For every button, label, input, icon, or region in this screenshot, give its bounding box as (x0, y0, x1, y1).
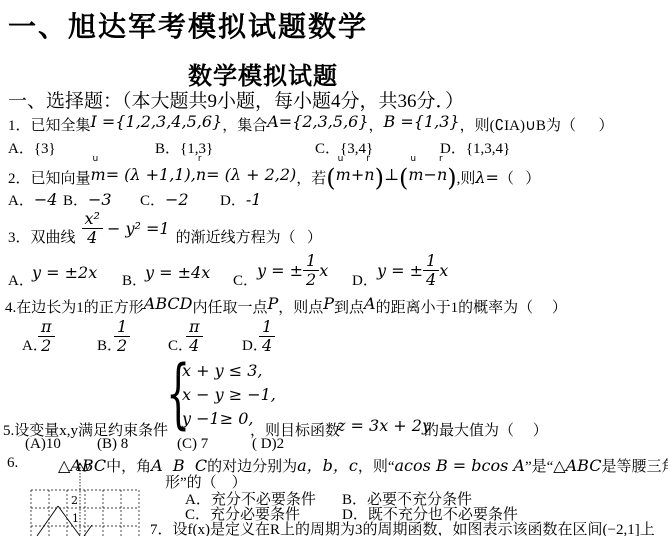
q1-text-mid1: ，集合 (222, 118, 267, 134)
q3-text-suffix: 的渐近线方程为（ ） (176, 226, 322, 247)
q3-fraction-num: x² (82, 210, 103, 229)
function-graph: y 2 1 (30, 456, 170, 536)
q2-expr-m1-arrow: u (338, 155, 344, 164)
q1-option-b-label: B． (155, 141, 180, 157)
q4-point-p1: P (267, 294, 278, 313)
q4-option-d-den: 4 (260, 337, 274, 355)
q6-text-4: ”是“ (525, 459, 553, 475)
q4-option-b-den: 2 (115, 337, 129, 355)
q1-option-d-label: D． (440, 141, 466, 157)
q3-option-c-num: 1 (303, 252, 319, 271)
q6-equation: acos B = bcos A (395, 456, 525, 475)
q2-expr-n2-letter: n (437, 165, 447, 184)
q4-point-a: A (364, 294, 376, 313)
q2-expr-n2-arrow: r (439, 155, 443, 164)
q4-option-b-num: 1 (114, 318, 130, 337)
q1-text-prefix: 1．已知全集 (8, 118, 91, 134)
q3-option-d-label: D． (352, 269, 378, 290)
q5-text-suffix: 的最大值为（ ） (424, 419, 548, 440)
q3-option-c-den: 2 (304, 271, 318, 289)
function-curve (37, 506, 92, 536)
q3-option-a-value: y = ±2x (32, 263, 97, 282)
q1-text-mid2: ， (369, 118, 384, 134)
q1-option-a-value: {3} (34, 141, 56, 157)
q4-option-a-frac: π2 (38, 318, 55, 355)
q4-square-abcd: ABCD (144, 294, 193, 313)
q2-vector-n-arrow: r (198, 155, 202, 164)
q3-equation-rest: − y² =1 (107, 219, 170, 238)
q1-text-suffix: ，则(∁IA)∪B为（ ） (460, 118, 614, 134)
q5-constraint-3: y −1≥ 0, (182, 409, 253, 428)
q2-expr-m2-arrow: u (410, 155, 416, 164)
q2-rparen-1: ) (375, 164, 384, 192)
q1-option-d-value: {1,3,4} (466, 141, 510, 157)
q6-number: 6. (7, 455, 18, 472)
q4-point-p2: P (323, 294, 334, 313)
q3-option-c-pre: y = ± (257, 261, 303, 280)
q2-blank: （ ） (499, 171, 540, 187)
q3-option-d-post: x (439, 261, 448, 280)
q2-vector-n-def: = (λ + 2,2) (206, 165, 296, 184)
q1-option-a: A．{3} (8, 137, 56, 158)
q3-option-c-post: x (319, 261, 328, 280)
q5-option-c: (C) 7 (177, 436, 208, 453)
q2-expr-n2: rn (437, 165, 447, 184)
q3-option-d-den: 4 (424, 271, 438, 289)
q3-text-prefix: 3．双曲线 (8, 226, 76, 247)
q4-option-d-value: 14 (259, 314, 275, 358)
q2-expr-m2-letter: m (408, 165, 423, 184)
q2-text-if: ，若 (296, 171, 326, 187)
q3-options-row: A． y = ±2x B． y = ±4x C． y = ±12x D． y =… (8, 247, 663, 293)
q6-sides: a，b，c (297, 456, 358, 475)
q2-vector-m-arrow: u (93, 155, 99, 164)
q2-vector-n: rn (196, 165, 206, 184)
q6-triangle-2: △ABC (553, 456, 601, 475)
q4-option-b-frac: 12 (114, 318, 130, 355)
q6-text-5: 是等腰三角 (601, 459, 668, 475)
q4-option-a-den: 2 (39, 337, 53, 355)
q4-options-row: A． π2 B． 12 C． π4 D． 14 (8, 314, 408, 358)
q2-vector-n-letter: n (196, 165, 206, 184)
q1-options-row: A．{3} B．{1,3} C．{3,4} D．{1,3,4} (8, 137, 663, 155)
q2-expr-m1-letter: m (336, 165, 351, 184)
section-header: 一、选择题：（本大题共9小题，每小题4分，共36分．） (8, 86, 464, 113)
q3-option-b-value: y = ±4x (145, 263, 210, 282)
q2-perp: ⊥ (384, 165, 399, 184)
q5-option-b: (B) 8 (97, 436, 128, 453)
q2-vector-m: um (91, 165, 106, 184)
q5-constraint-1: x + y ≤ 3, (182, 361, 262, 380)
q3-option-d-num: 1 (423, 252, 439, 271)
q5-objective: z = 3x + 2y (337, 416, 431, 435)
q2-expr-n1: rn (364, 165, 374, 184)
q2-text-then: ,则 (457, 171, 476, 187)
graph-grid (31, 490, 139, 536)
q5-option-a: (A)10 (25, 436, 61, 453)
q3-option-b-label: B． (122, 269, 147, 290)
q3-option-a-label: A． (8, 269, 34, 290)
q3-option-d-frac: 14 (423, 252, 439, 289)
q2-expr-n1-arrow: r (366, 155, 370, 164)
question-7: 7．设f(x)是定义在R上的周期为3的周期函数，如图表示该函数在区间(−2,1]… (150, 518, 668, 536)
q2-vector-m-def: = (λ +1,1), (106, 165, 196, 184)
q3-option-d-value: y = ±14x (377, 247, 448, 293)
exam-title: 一、旭达军考模拟试题数学 (8, 5, 368, 45)
question-3: 3．双曲线 x²4 − y² =1 的渐近线方程为（ ） (8, 204, 322, 248)
q3-option-d-pre: y = ± (377, 261, 423, 280)
q6-text-3: ，则“ (358, 459, 395, 475)
q4-option-b-value: 12 (114, 314, 130, 358)
q2-vector-m-letter: m (91, 165, 106, 184)
q3-fraction: x²4 (82, 210, 103, 247)
q1-option-a-label: A． (8, 141, 34, 157)
q2-expr-m2: um (408, 165, 423, 184)
y-axis-label: y (83, 459, 91, 472)
q1-option-b-value: {1,3} (180, 141, 213, 157)
q3-option-c-frac: 12 (303, 252, 319, 289)
q4-option-d-frac: 14 (259, 318, 275, 355)
q2-expr-n1-letter: n (364, 165, 374, 184)
q2-expr-m1: um (336, 165, 351, 184)
q4-option-a-value: π2 (38, 314, 55, 358)
q4-option-c-num: π (186, 318, 203, 337)
q1-option-c: C．{3,4} (315, 137, 373, 158)
q1-option-d: D．{1,3,4} (440, 137, 510, 158)
q5-constraint-2: x − y ≥ −1, (182, 385, 276, 404)
q2-minus: − (424, 165, 437, 184)
q4-option-d-num: 1 (259, 318, 275, 337)
q2-rparen-2: ) (447, 164, 456, 192)
q1-set-universe: I ={1,2,3,4,5,6} (91, 112, 223, 131)
q2-text-prefix: 2．已知向量 (8, 171, 91, 187)
q1-set-a: A={2,3,5,6} (267, 112, 368, 131)
q1-set-b: B ={1,3} (384, 112, 460, 131)
q2-lambda: λ= (475, 168, 499, 187)
q2-plus: + (351, 165, 364, 184)
q1-option-c-label: C． (315, 141, 340, 157)
q2-lparen-2: ( (399, 164, 408, 192)
question-2: 2．已知向量um= (λ +1,1),rn= (λ + 2,2)，若(um+rn… (8, 164, 540, 192)
q4-option-a-num: π (38, 318, 55, 337)
q3-option-c-label: C． (233, 269, 258, 290)
q5-option-d: ( D)2 (252, 436, 284, 453)
q2-lparen-1: ( (326, 164, 335, 192)
q1-option-b: B．{1,3} (155, 137, 213, 158)
q3-option-c-value: y = ±12x (257, 247, 328, 293)
q3-fraction-den: 4 (85, 229, 99, 247)
q5-options-row: (A)10 (B) 8 (C) 7 ( D)2 (0, 436, 400, 454)
y-tick-1: 1 (72, 512, 79, 525)
y-tick-2: 2 (71, 494, 78, 507)
question-1: 1．已知全集I ={1,2,3,4,5,6}，集合A={2,3,5,6}，B =… (8, 112, 613, 135)
